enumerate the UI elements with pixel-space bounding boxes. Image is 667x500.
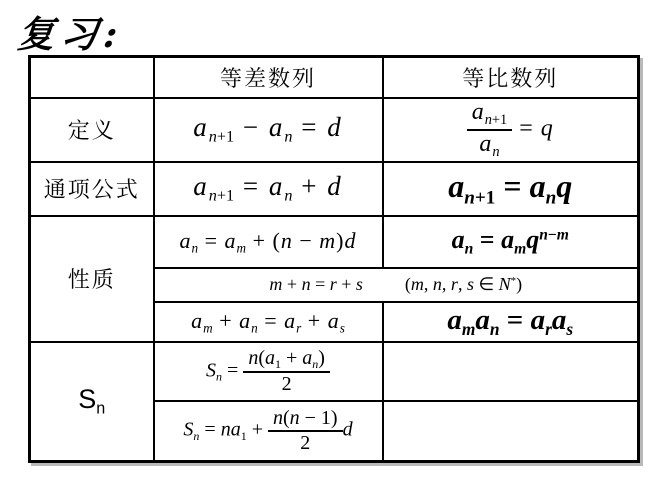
cell-sum1-geometric-empty — [383, 342, 639, 401]
cell-property1-geometric: an = amqn−m — [383, 216, 639, 268]
header-arithmetic-sequence: 等差数列 — [154, 57, 383, 98]
row-label-sum: Sn — [30, 342, 154, 462]
cell-sum2-arithmetic: Sn = na1 + n(n − 1)2d — [154, 401, 383, 462]
page-title: 复习: — [15, 4, 126, 58]
cell-property3-arithmetic: am + an = ar + as — [154, 302, 383, 342]
header-empty-cell — [30, 57, 154, 98]
property-row-1: 性质 an = am + (n − m)d an = amqn−m — [30, 216, 639, 268]
property2-equation: m + n = r + s — [269, 274, 363, 294]
row-label-definition: 定义 — [30, 98, 154, 162]
cell-sum1-arithmetic: Sn = n(a1 + an)2 — [154, 342, 383, 401]
row-label-property: 性质 — [30, 216, 154, 342]
sequence-comparison-table: 等差数列 等比数列 定义 an+1 − an = d an+1an = q 通项… — [28, 55, 640, 463]
row-label-general-term: 通项公式 — [30, 162, 154, 216]
cell-property2-shared: m + n = r + s(m, n, r, s ∈ N*) — [154, 268, 639, 302]
cell-general-term-arithmetic: an+1 = an + d — [154, 162, 383, 216]
definition-row: 定义 an+1 − an = d an+1an = q — [30, 98, 639, 162]
header-geometric-sequence: 等比数列 — [383, 57, 639, 98]
property2-condition: (m, n, r, s ∈ N*) — [405, 274, 522, 294]
cell-definition-arithmetic: an+1 − an = d — [154, 98, 383, 162]
cell-definition-geometric: an+1an = q — [383, 98, 639, 162]
cell-property3-geometric: aman = aras — [383, 302, 639, 342]
cell-property1-arithmetic: an = am + (n − m)d — [154, 216, 383, 268]
sum-row-1: Sn Sn = n(a1 + an)2 — [30, 342, 639, 401]
cell-general-term-geometric: an+1 = anq — [383, 162, 639, 216]
slide: 复习: 等差数列 等比数列 定义 an+1 − an = d an+1an = … — [0, 0, 667, 500]
header-row: 等差数列 等比数列 — [30, 57, 639, 98]
general-term-row: 通项公式 an+1 = an + d an+1 = anq — [30, 162, 639, 216]
cell-sum2-geometric-empty — [383, 401, 639, 462]
